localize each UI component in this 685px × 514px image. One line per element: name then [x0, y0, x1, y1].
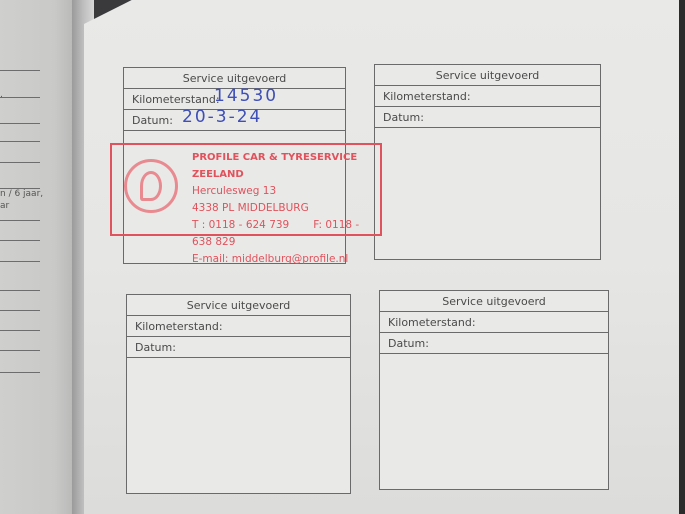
- left-page: , n / 6 jaar, ar: [0, 0, 78, 514]
- profile-logo-icon: [124, 159, 178, 213]
- card-title: Service uitgevoerd: [375, 65, 600, 86]
- km-label: Kilometerstand:: [383, 90, 471, 103]
- date-label: Datum:: [388, 337, 429, 350]
- ruled-line: [0, 162, 40, 163]
- ruled-line: [0, 310, 40, 311]
- stamp-company: PROFILE CAR & TYRESERVICE ZEELAND: [192, 149, 380, 183]
- stamp-phone-fax: T : 0118 - 624 739F: 0118 - 638 829: [192, 217, 380, 251]
- km-row: Kilometerstand:: [127, 316, 350, 337]
- date-row: Datum: 20-3-24: [124, 110, 345, 131]
- stamp-email: E-mail: middelburg@profile.nl: [192, 251, 380, 268]
- date-row: Datum:: [127, 337, 350, 358]
- km-label: Kilometerstand:: [132, 93, 220, 106]
- ruled-line: [0, 141, 40, 142]
- ruled-line: [0, 350, 40, 351]
- ruled-line: [0, 240, 40, 241]
- p-letter-icon: [140, 171, 162, 201]
- card-title: Service uitgevoerd: [380, 291, 608, 312]
- km-row: Kilometerstand:: [375, 86, 600, 107]
- km-row: Kilometerstand:: [380, 312, 608, 333]
- km-value[interactable]: 14530: [214, 86, 278, 107]
- dealer-stamp: PROFILE CAR & TYRESERVICE ZEELAND Hercul…: [110, 143, 382, 236]
- stamp-city: 4338 PL MIDDELBURG: [192, 200, 380, 217]
- ruled-line: [0, 70, 40, 71]
- left-text-fragment: ar: [0, 201, 9, 211]
- date-row: Datum:: [380, 333, 608, 354]
- ruled-line: [0, 123, 40, 124]
- km-label: Kilometerstand:: [388, 316, 476, 329]
- date-value[interactable]: 20-3-24: [182, 107, 262, 128]
- date-row: Datum:: [375, 107, 600, 128]
- ruled-line: [0, 372, 40, 373]
- stamp-street: Herculesweg 13: [192, 183, 380, 200]
- left-text-fragment: ,: [0, 90, 3, 100]
- stamp-phone: T : 0118 - 624 739: [192, 219, 289, 231]
- service-card-4: Service uitgevoerd Kilometerstand: Datum…: [379, 290, 609, 490]
- service-card-3: Service uitgevoerd Kilometerstand: Datum…: [126, 294, 351, 494]
- ruled-line: [0, 330, 40, 331]
- date-label: Datum:: [132, 114, 173, 127]
- ruled-line: [0, 220, 40, 221]
- date-label: Datum:: [383, 111, 424, 124]
- service-card-2: Service uitgevoerd Kilometerstand: Datum…: [374, 64, 601, 260]
- stamp-text: PROFILE CAR & TYRESERVICE ZEELAND Hercul…: [192, 149, 380, 268]
- ruled-line: [0, 97, 40, 98]
- background-edge: [679, 0, 685, 514]
- ruled-line: [0, 290, 40, 291]
- left-text-fragment: n / 6 jaar,: [0, 189, 43, 199]
- km-label: Kilometerstand:: [135, 320, 223, 333]
- ruled-line: [0, 261, 40, 262]
- card-title: Service uitgevoerd: [127, 295, 350, 316]
- date-label: Datum:: [135, 341, 176, 354]
